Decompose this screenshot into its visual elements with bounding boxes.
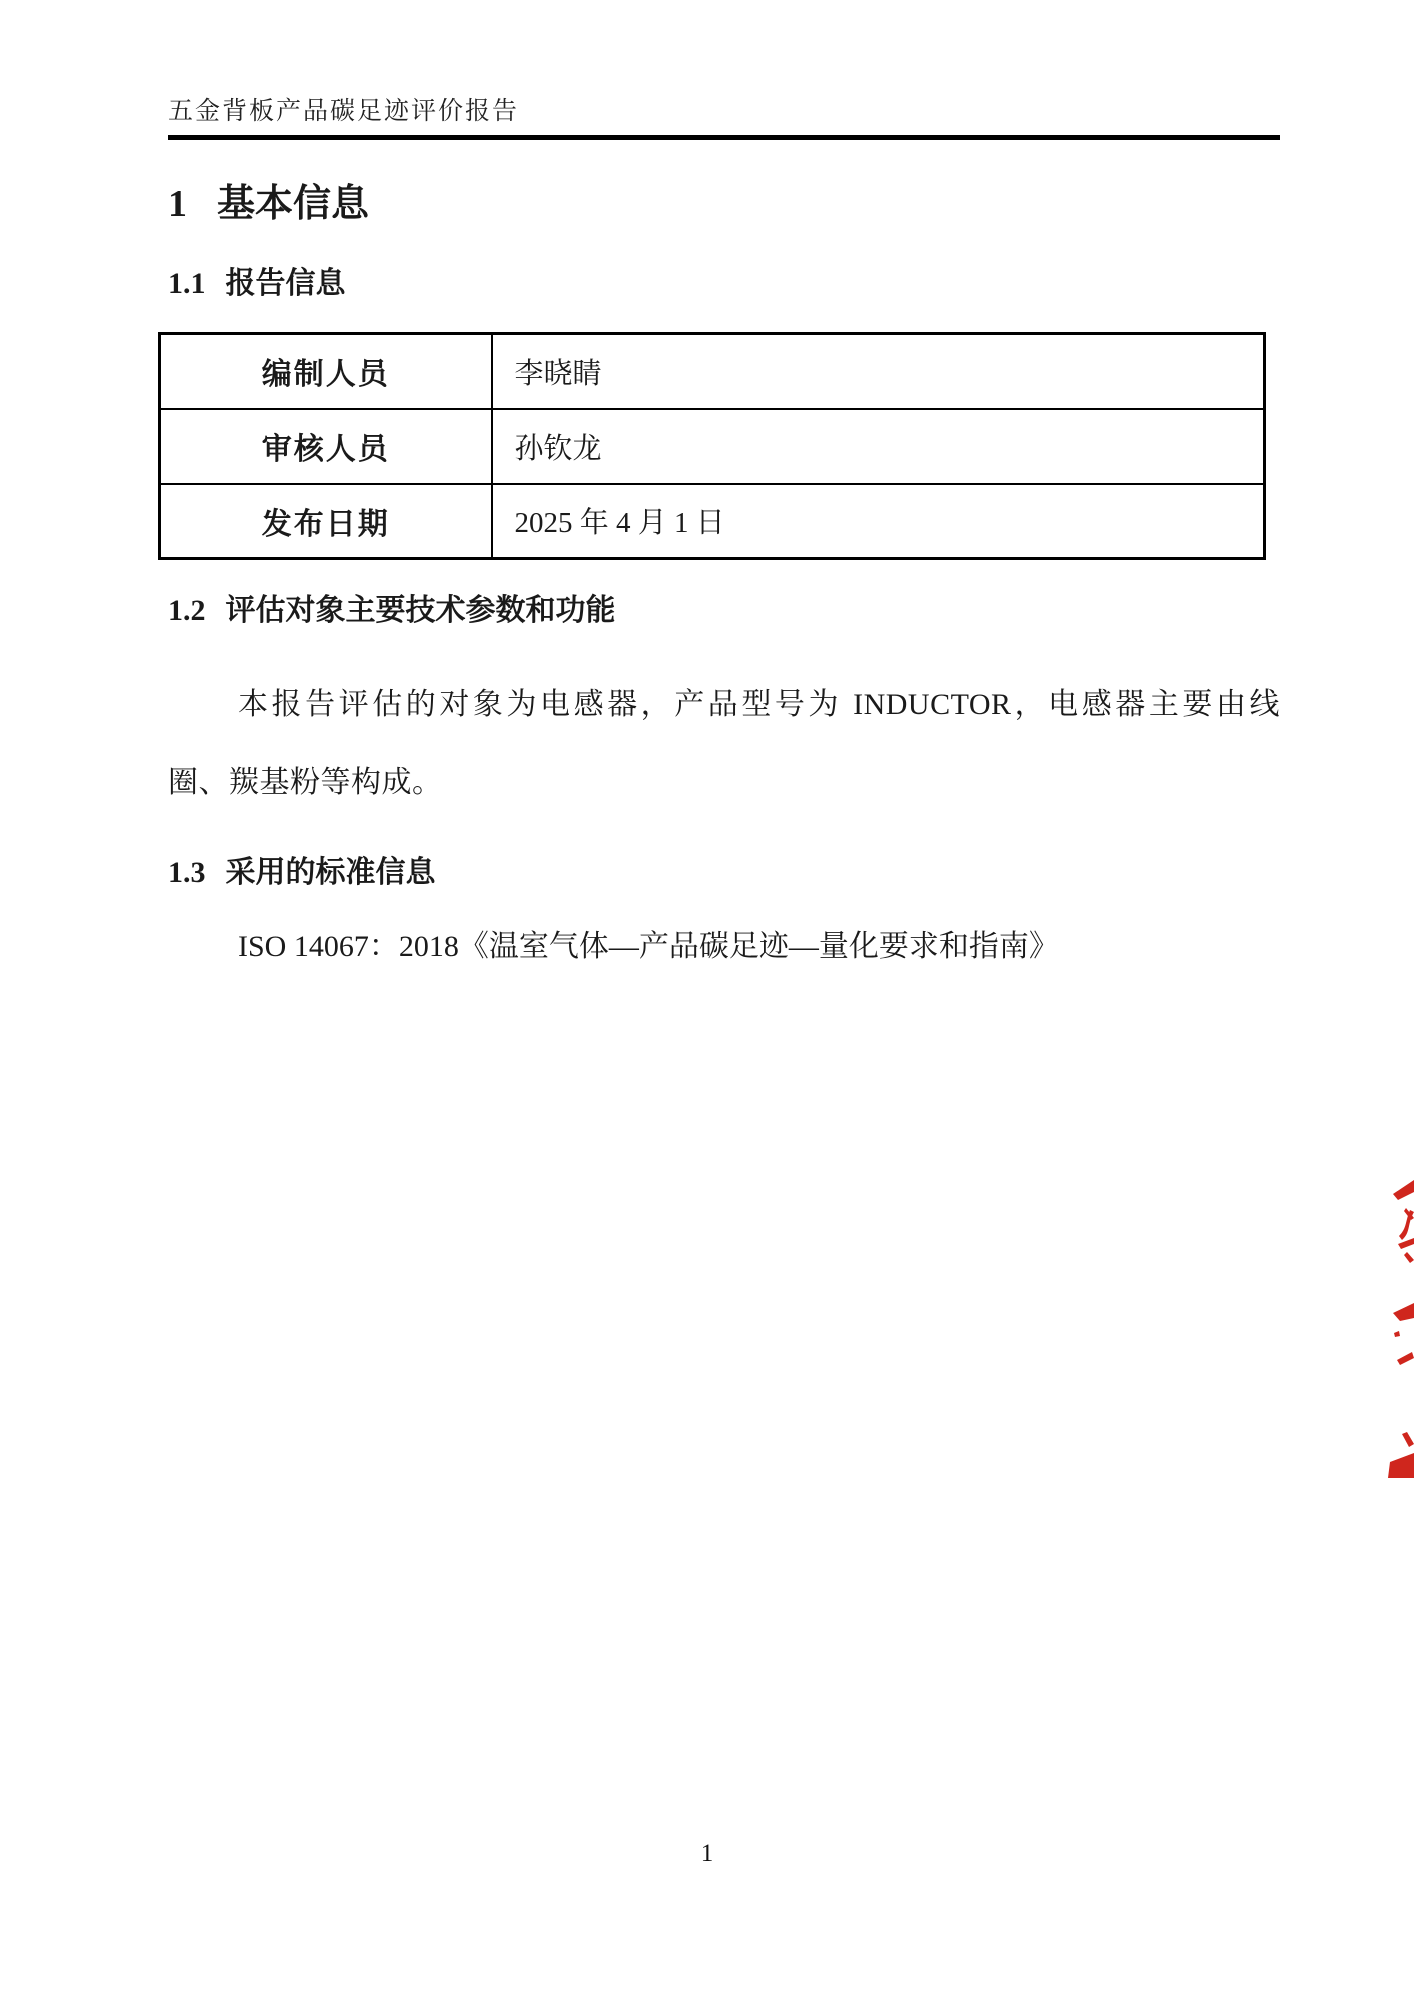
row-value: 2025 年 4 月 1 日 (492, 484, 1265, 559)
row-value: 孙钦龙 (492, 409, 1265, 484)
heading-section-1-2: 1.2 评估对象主要技术参数和功能 (168, 593, 1280, 629)
row-label: 发布日期 (160, 484, 492, 559)
heading-text: 评估对象主要技术参数和功能 (226, 593, 616, 629)
heading-number: 1 (168, 182, 187, 226)
heading-section-1-3: 1.3 采用的标准信息 (168, 855, 1280, 891)
heading-section-1: 1 基本信息 (168, 182, 1280, 226)
table-row: 编制人员 李晓睛 (160, 334, 1265, 409)
heading-text: 基本信息 (217, 182, 369, 226)
running-header-title: 五金背板产品碳足迹评价报告 (168, 98, 1280, 126)
table-row: 审核人员 孙钦龙 (160, 409, 1265, 484)
page-number: 1 (0, 1840, 1414, 1868)
body-paragraph-line: 本报告评估的对象为电感器，产品型号为 INDUCTOR，电感器主要由线 (168, 687, 1280, 723)
header-rule (168, 135, 1280, 140)
seal-fragment-icon (1393, 1303, 1414, 1339)
seal-fragment-icon (1397, 1352, 1414, 1366)
heading-text: 采用的标准信息 (226, 855, 436, 891)
heading-text: 报告信息 (226, 266, 346, 302)
row-label: 审核人员 (160, 409, 492, 484)
heading-number: 1.2 (168, 593, 206, 629)
heading-section-1-1: 1.1 报告信息 (168, 266, 1280, 302)
report-info-table: 编制人员 李晓睛 审核人员 孙钦龙 发布日期 2025 年 4 月 1 日 (158, 332, 1266, 560)
row-label: 编制人员 (160, 334, 492, 409)
heading-number: 1.1 (168, 266, 206, 302)
table-row: 发布日期 2025 年 4 月 1 日 (160, 484, 1265, 559)
row-value: 李晓睛 (492, 334, 1265, 409)
seal-fragment-icon (1388, 1432, 1414, 1484)
seal-fragment-icon (1393, 1178, 1414, 1268)
body-paragraph-line: 圈、羰基粉等构成。 (168, 765, 1280, 801)
standard-reference-line: ISO 14067：2018《温室气体—产品碳足迹—量化要求和指南》 (168, 929, 1280, 965)
heading-number: 1.3 (168, 855, 206, 891)
document-page: 五金背板产品碳足迹评价报告 1 基本信息 1.1 报告信息 编制人员 李晓睛 审… (0, 0, 1414, 2000)
